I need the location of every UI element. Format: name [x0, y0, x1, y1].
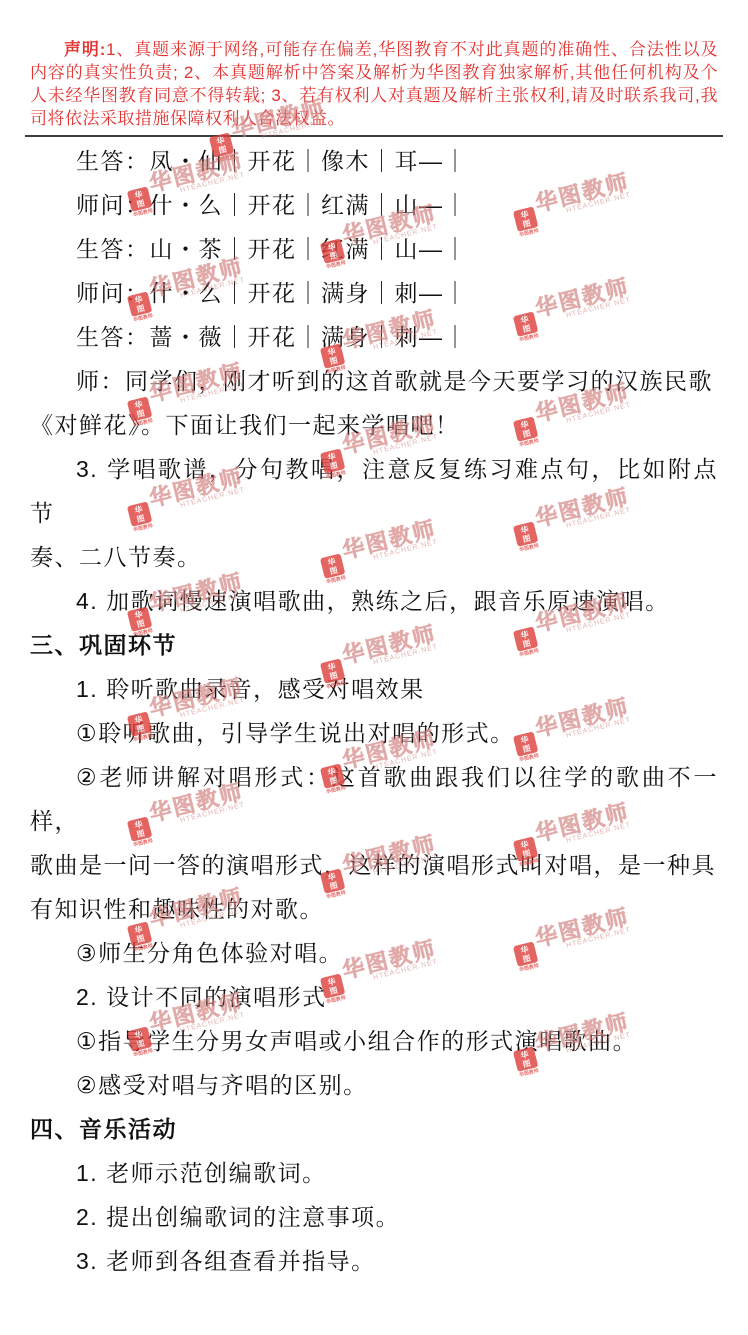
section-heading: 四、音乐活动 [30, 1107, 718, 1151]
paragraph: ②感受对唱与齐唱的区别。 [30, 1063, 718, 1107]
paragraph: 2. 设计不同的演唱形式 [30, 975, 718, 1019]
page: 声明:1、真题来源于网络,可能存在偏差,华图教育不对此真题的准确性、合法性以及内… [0, 0, 748, 1335]
paragraph: ①聆听歌曲，引导学生说出对唱的形式。 [30, 711, 718, 755]
paragraph: 1. 聆听歌曲录音，感受对唱效果 [30, 667, 718, 711]
dialogue-line: 师问：什・么｜开花｜满身｜刺—｜ [30, 271, 718, 315]
disclaimer: 声明:1、真题来源于网络,可能存在偏差,华图教育不对此真题的准确性、合法性以及内… [0, 0, 748, 130]
section-heading: 三、巩固环节 [30, 623, 718, 667]
paragraph: 师：同学们，刚才听到的这首歌就是今天要学习的汉族民歌 《对鲜花》。下面让我们一起… [30, 359, 718, 447]
disclaimer-label: 声明: [64, 40, 106, 59]
paragraph: 3. 学唱歌谱，分句教唱，注意反复练习难点句，比如附点节 奏、二八节奏。 [30, 447, 718, 579]
paragraph: ②老师讲解对唱形式：这首歌曲跟我们以往学的歌曲不一样， 歌曲是一问一答的演唱形式… [30, 755, 718, 931]
dialogue-line: 生答：凤・仙｜开花｜像木｜耳—｜ [30, 139, 718, 183]
dialogue-line: 生答：蔷・薇｜开花｜满身｜刺—｜ [30, 315, 718, 359]
dialogue-line: 生答：山・茶｜开花｜红满｜山—｜ [30, 227, 718, 271]
disclaimer-text: 1、真题来源于网络,可能存在偏差,华图教育不对此真题的准确性、合法性以及内容的真… [30, 40, 718, 128]
paragraph: 1. 老师示范创编歌词。 [30, 1151, 718, 1195]
document-body: 生答：凤・仙｜开花｜像木｜耳—｜师问：什・么｜开花｜红满｜山—｜生答：山・茶｜开… [0, 137, 748, 1283]
paragraph: 3. 老师到各组查看并指导。 [30, 1239, 718, 1283]
dialogue-line: 师问：什・么｜开花｜红满｜山—｜ [30, 183, 718, 227]
paragraph: 4. 加歌词慢速演唱歌曲，熟练之后，跟音乐原速演唱。 [30, 579, 718, 623]
paragraph: ①指导学生分男女声唱或小组合作的形式演唱歌曲。 [30, 1019, 718, 1063]
paragraph: ③师生分角色体验对唱。 [30, 931, 718, 975]
paragraph: 2. 提出创编歌词的注意事项。 [30, 1195, 718, 1239]
